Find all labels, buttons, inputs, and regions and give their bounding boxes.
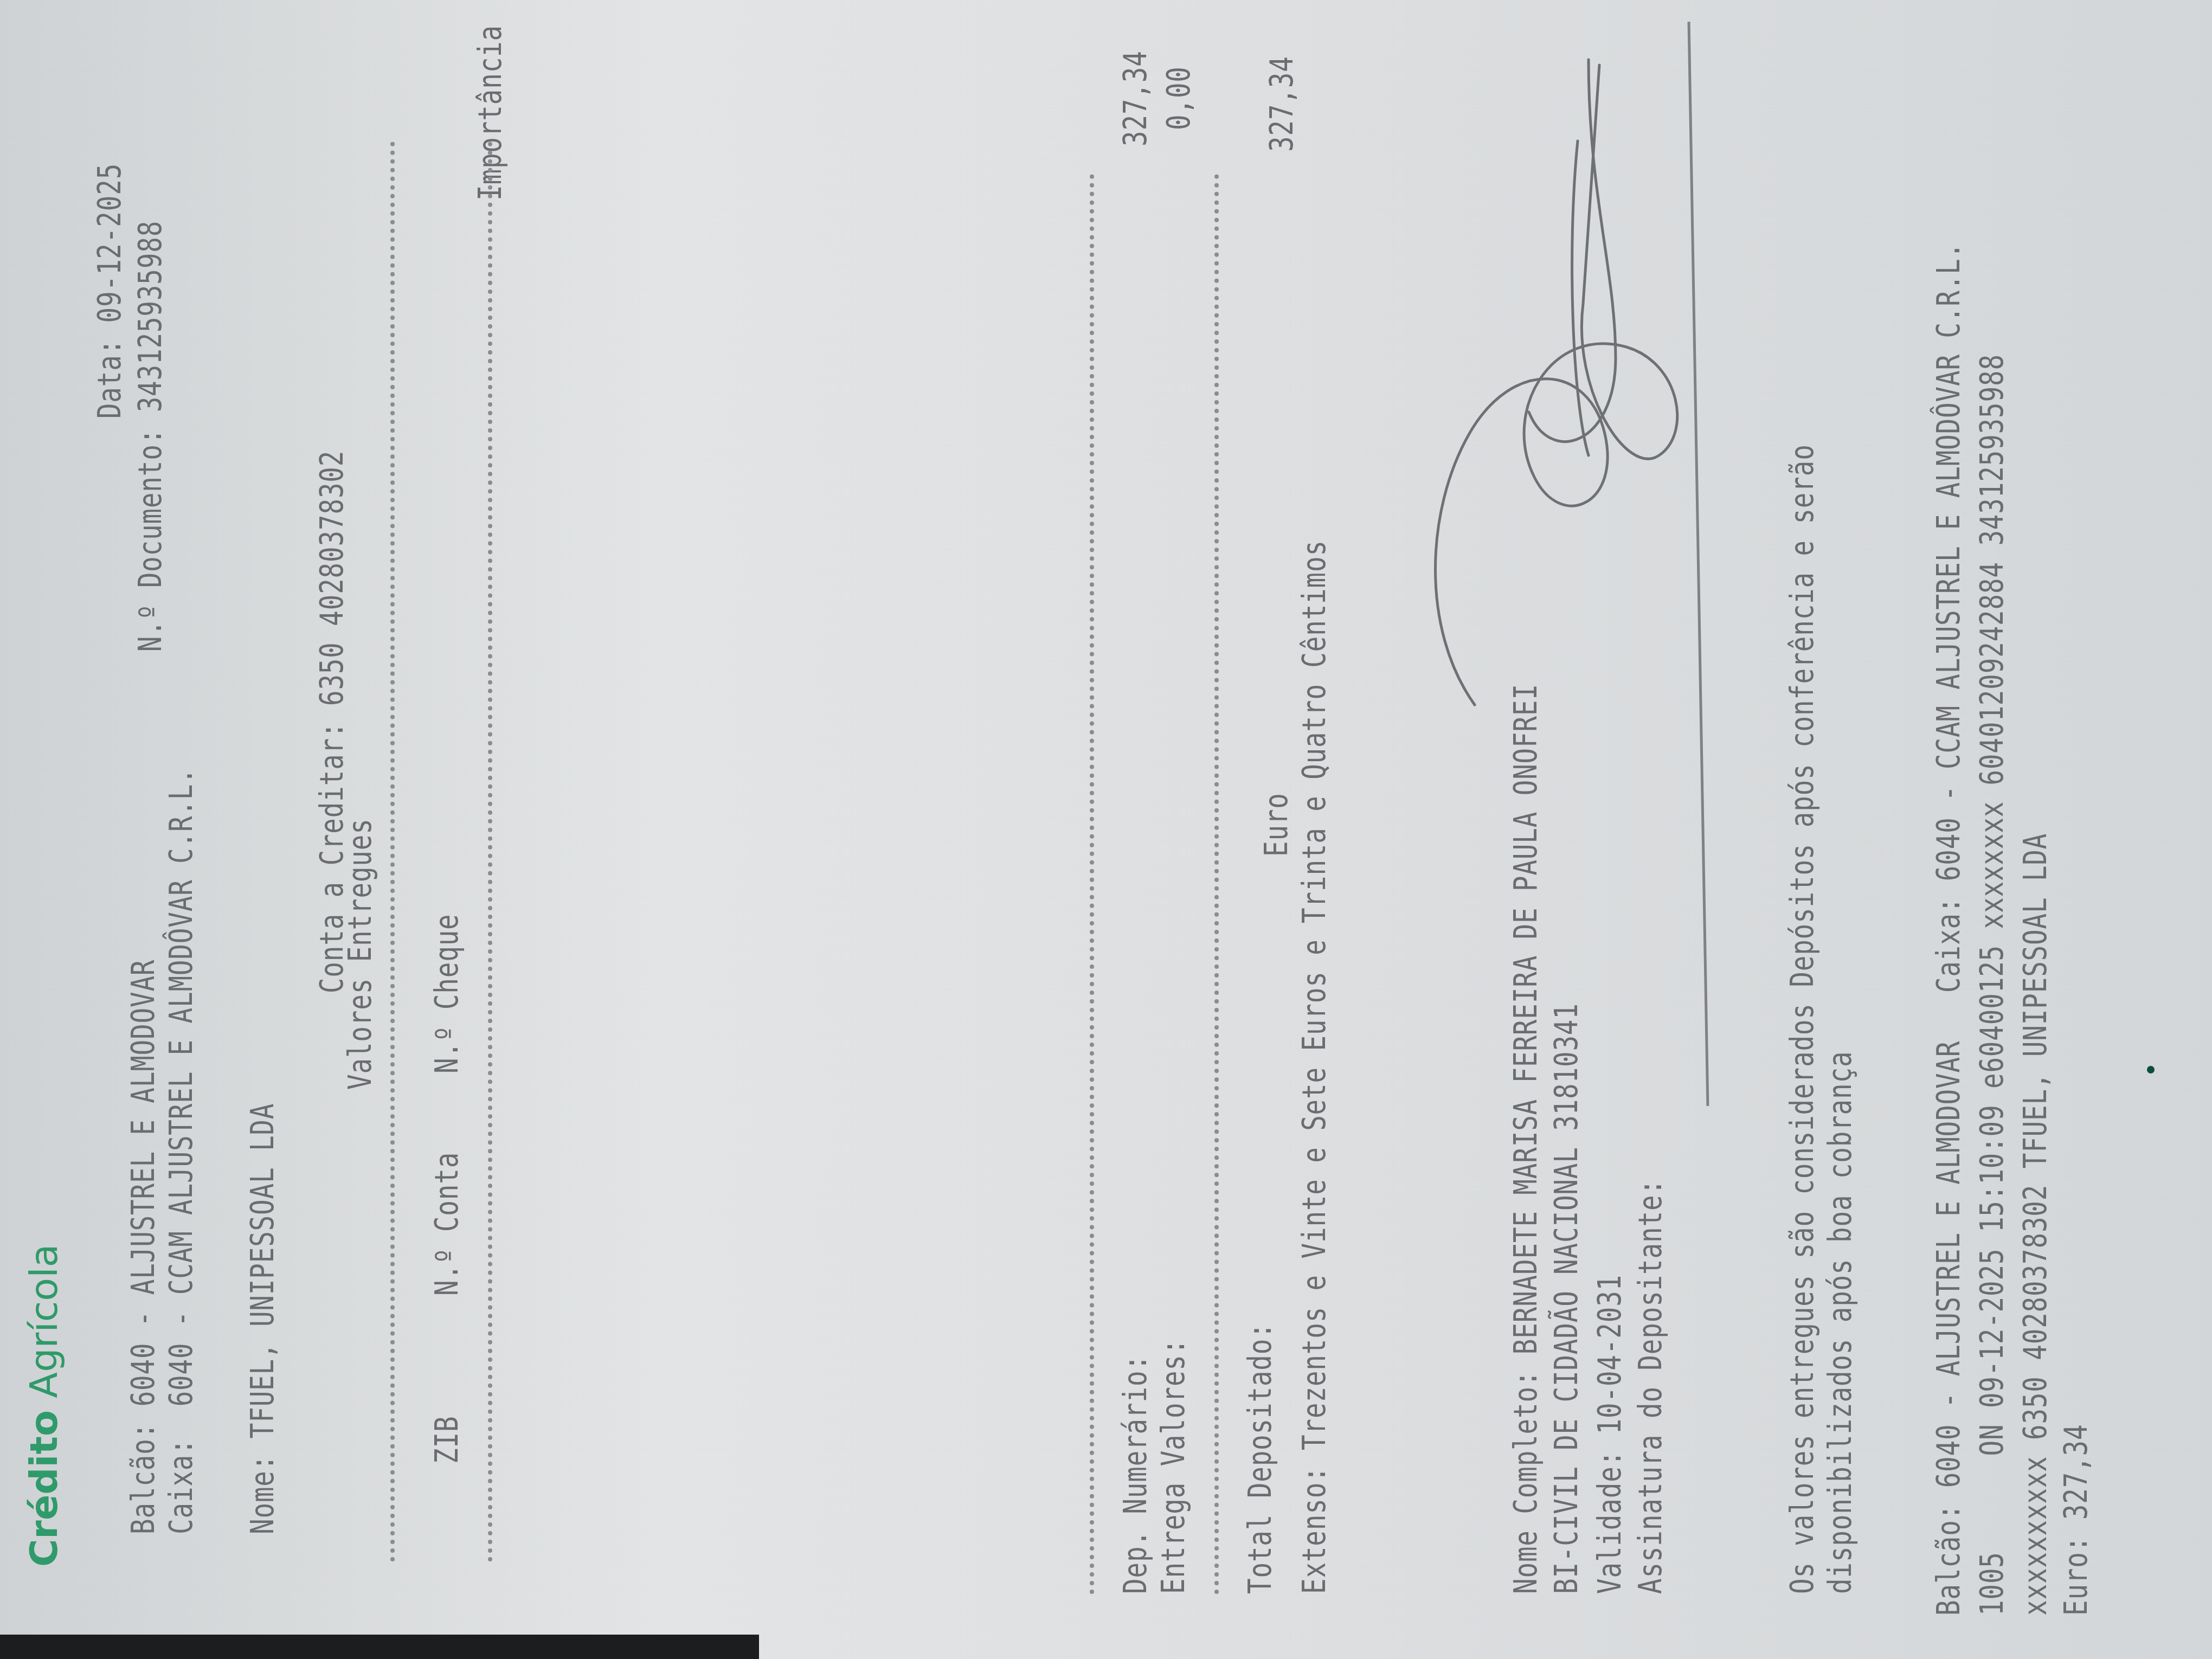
document-number-row: N.º Documento: 343125935988 [95, 221, 205, 716]
conta-creditar-value: 6350 40280378302 [313, 451, 350, 706]
footer-line-4: Euro: 327,34 [2057, 1424, 2094, 1616]
document-number: 343125935988 [132, 221, 169, 412]
footer-line-2: 1005 ON 09-12-2025 15:10:09 e60400125 xx… [1973, 354, 2010, 1616]
divider [1214, 173, 1219, 1594]
ink-dot [2147, 1066, 2155, 1073]
notice-line-2: disponibilizados após boa cobrança [1822, 1051, 1859, 1594]
column-conta: N.º Conta [428, 1152, 465, 1296]
total-currency: Euro [1258, 793, 1295, 857]
caixa-line: Caixa: 6040 - CCAM ALJUSTREL E ALMODÔVAR… [163, 768, 200, 1534]
valores-entregues-title: Valores Entregues [342, 818, 378, 1090]
deposit-receipt: Crédito Agrícola Data: 09-12-2025 N.º Do… [0, 0, 2212, 1659]
brand-name-bold: Crédito [22, 1410, 66, 1567]
signature-label: Assinatura do Depositante: [1632, 1179, 1669, 1594]
footer-line-1: Balcão: 6040 - ALJUSTREL E ALMODOVAR Cai… [1930, 242, 1967, 1616]
amount-in-words: Extenso: Trezentos e Vinte e Sete Euros … [1296, 540, 1333, 1594]
entrega-valores-value: 0,00 [1160, 66, 1197, 130]
dep-numerario-label: Dep. Numerário: [1117, 1354, 1154, 1594]
dep-numerario-value: 327,34 [1117, 50, 1154, 146]
column-zib: ZIB [428, 1416, 465, 1464]
depositor-id-document: BI-CIVIL DE CIDADÃO NACIONAL 31810341 [1548, 1003, 1585, 1594]
nome-line: Nome: TFUEL, UNIPESSOAL LDA [244, 1103, 281, 1534]
depositor-full-name: Nome Completo: BERNADETE MARISA FERREIRA… [1507, 684, 1544, 1594]
divider [1090, 173, 1094, 1594]
notice-line-1: Os valores entregues são considerados De… [1784, 444, 1821, 1594]
document-number-label: N.º Documento: [132, 428, 169, 652]
brand-logo: Crédito Agrícola [22, 1244, 66, 1567]
depositor-id-validity: Validade: 10-04-2031 [1591, 1275, 1628, 1594]
divider [488, 141, 492, 1561]
entrega-valores-label: Entrega Valores: [1155, 1339, 1192, 1594]
divider [390, 141, 395, 1561]
handwritten-signature [1410, 33, 1735, 737]
total-depositado-value: 327,34 [1263, 56, 1300, 152]
brand-name-regular: Agrícola [22, 1244, 66, 1398]
column-cheque: N.º Cheque [428, 914, 465, 1073]
balcao-line: Balcão: 6040 - ALJUSTREL E ALMODOVAR [125, 960, 162, 1534]
footer-line-3: xxxxxxxxxx 6350 40280378302 TFUEL, UNIPE… [2017, 833, 2054, 1616]
total-depositado-label: Total Depositado: [1242, 1322, 1278, 1594]
